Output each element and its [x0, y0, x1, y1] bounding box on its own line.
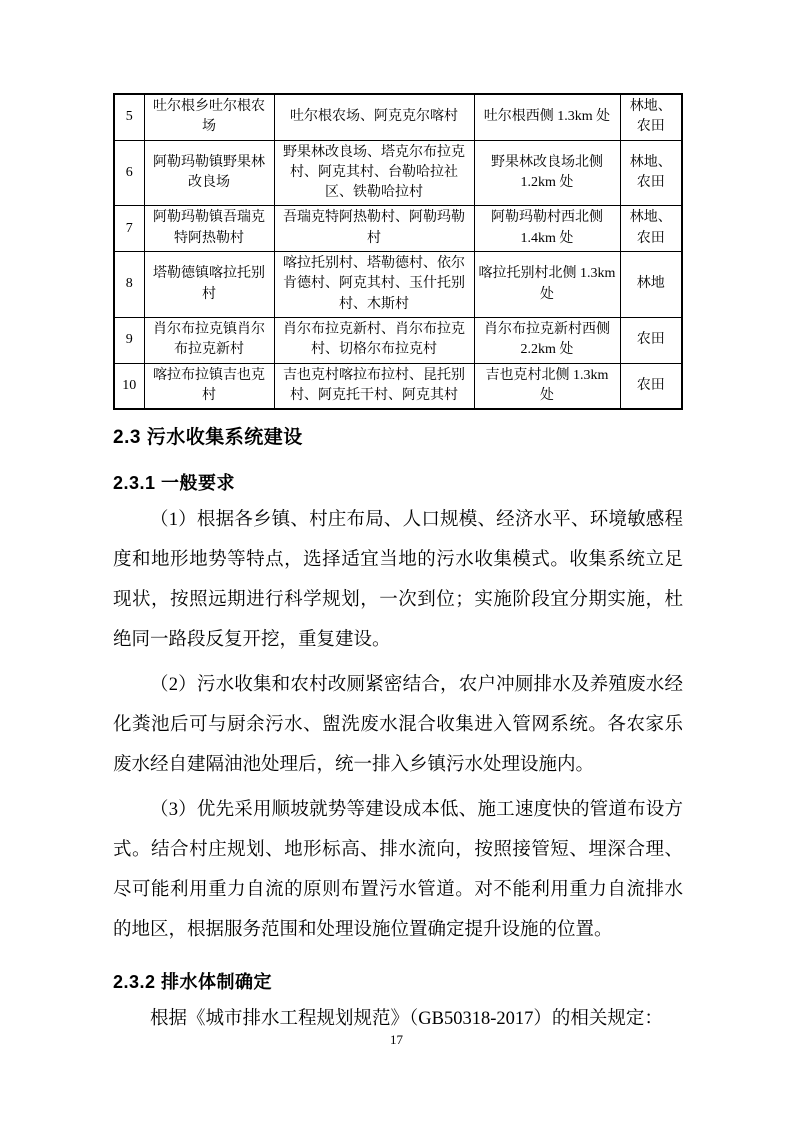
facility-table: 5吐尔根乡吐尔根农场吐尔根农场、阿克克尔喀村吐尔根西侧 1.3km 处林地、农田…	[113, 93, 683, 410]
facility-name-cell: 阿勒玛勒镇吾瑞克特阿热勒村	[144, 206, 274, 252]
table-row: 10喀拉布拉镇吉也克村吉也克村喀拉布拉村、昆托别村、阿克托干村、阿克其村吉也克村…	[114, 363, 682, 409]
facility-name-cell: 肖尔布拉克镇肖尔布拉克新村	[144, 317, 274, 363]
table-row: 6阿勒玛勒镇野果林改良场野果林改良场、塔克尔布拉克村、阿克其村、台勒哈拉社区、铁…	[114, 140, 682, 206]
facility-name-cell: 喀拉布拉镇吉也克村	[144, 363, 274, 409]
section-heading-2-3-1: 2.3.1 一般要求	[113, 471, 683, 495]
row-number-cell: 9	[114, 317, 144, 363]
row-number-cell: 8	[114, 252, 144, 318]
served-villages-cell: 喀拉托别村、塔勒德村、依尔肯德村、阿克其村、玉什托别村、木斯村	[274, 252, 474, 318]
land-type-cell: 林地、农田	[620, 94, 682, 140]
facility-location-cell: 吉也克村北侧 1.3km 处	[474, 363, 620, 409]
paragraph-1: （1）根据各乡镇、村庄布局、人口规模、经济水平、环境敏感程度和地形地势等特点，选…	[113, 500, 683, 660]
document-page: 5吐尔根乡吐尔根农场吐尔根农场、阿克克尔喀村吐尔根西侧 1.3km 处林地、农田…	[0, 0, 793, 1122]
served-villages-cell: 野果林改良场、塔克尔布拉克村、阿克其村、台勒哈拉社区、铁勒哈拉村	[274, 140, 474, 206]
page-content: 5吐尔根乡吐尔根农场吐尔根农场、阿克克尔喀村吐尔根西侧 1.3km 处林地、农田…	[113, 93, 683, 1039]
land-type-cell: 林地、农田	[620, 140, 682, 206]
served-villages-cell: 吾瑞克特阿热勒村、阿勒玛勒村	[274, 206, 474, 252]
facility-table-body: 5吐尔根乡吐尔根农场吐尔根农场、阿克克尔喀村吐尔根西侧 1.3km 处林地、农田…	[114, 94, 682, 409]
served-villages-cell: 吉也克村喀拉布拉村、昆托别村、阿克托干村、阿克其村	[274, 363, 474, 409]
facility-location-cell: 阿勒玛勒村西北侧 1.4km 处	[474, 206, 620, 252]
land-type-cell: 农田	[620, 363, 682, 409]
table-row: 5吐尔根乡吐尔根农场吐尔根农场、阿克克尔喀村吐尔根西侧 1.3km 处林地、农田	[114, 94, 682, 140]
facility-name-cell: 阿勒玛勒镇野果林改良场	[144, 140, 274, 206]
table-row: 9肖尔布拉克镇肖尔布拉克新村肖尔布拉克新村、肖尔布拉克村、切格尔布拉克村肖尔布拉…	[114, 317, 682, 363]
served-villages-cell: 吐尔根农场、阿克克尔喀村	[274, 94, 474, 140]
facility-name-cell: 塔勒德镇喀拉托别村	[144, 252, 274, 318]
row-number-cell: 6	[114, 140, 144, 206]
row-number-cell: 10	[114, 363, 144, 409]
facility-location-cell: 肖尔布拉克新村西侧 2.2km 处	[474, 317, 620, 363]
land-type-cell: 农田	[620, 317, 682, 363]
land-type-cell: 林地、农田	[620, 206, 682, 252]
section-heading-2-3: 2.3 污水收集系统建设	[113, 425, 683, 451]
land-type-cell: 林地	[620, 252, 682, 318]
row-number-cell: 7	[114, 206, 144, 252]
facility-location-cell: 喀拉托别村北侧 1.3km 处	[474, 252, 620, 318]
row-number-cell: 5	[114, 94, 144, 140]
table-row: 7阿勒玛勒镇吾瑞克特阿热勒村吾瑞克特阿热勒村、阿勒玛勒村阿勒玛勒村西北侧 1.4…	[114, 206, 682, 252]
section-heading-2-3-2: 2.3.2 排水体制确定	[113, 970, 683, 994]
table-row: 8塔勒德镇喀拉托别村喀拉托别村、塔勒德村、依尔肯德村、阿克其村、玉什托别村、木斯…	[114, 252, 682, 318]
paragraph-3: （3）优先采用顺坡就势等建设成本低、施工速度快的管道布设方式。结合村庄规划、地形…	[113, 790, 683, 950]
paragraph-2: （2）污水收集和农村改厕紧密结合，农户冲厕排水及养殖废水经化粪池后可与厨余污水、…	[113, 665, 683, 785]
facility-name-cell: 吐尔根乡吐尔根农场	[144, 94, 274, 140]
served-villages-cell: 肖尔布拉克新村、肖尔布拉克村、切格尔布拉克村	[274, 317, 474, 363]
page-number: 17	[0, 1032, 793, 1048]
facility-location-cell: 吐尔根西侧 1.3km 处	[474, 94, 620, 140]
facility-location-cell: 野果林改良场北侧 1.2km 处	[474, 140, 620, 206]
